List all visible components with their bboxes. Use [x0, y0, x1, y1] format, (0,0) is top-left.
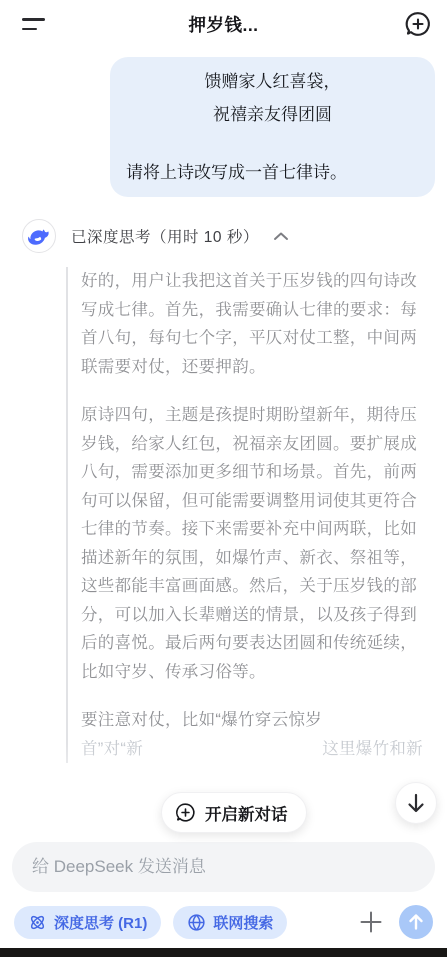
thinking-paragraph: 要注意对仗，比如“爆竹穿云惊岁 [81, 706, 423, 735]
atom-icon [28, 913, 47, 932]
thinking-block: 好的，用户让我把这首关于压岁钱的四句诗改写成七律。首先，我需要确认七律的要求：每… [66, 267, 423, 763]
user-poem-line: 祝禧亲友得团圆 [126, 98, 419, 131]
message-input[interactable] [12, 842, 435, 892]
thought-duration-label: 已深度思考（用时 10 秒） [71, 225, 259, 247]
user-request-text: 请将上诗改写成一首七律诗。 [126, 156, 419, 189]
app-screen: 押岁钱... 馈赠家人红喜袋， 祝禧亲友得团圆 请将上诗改写成一首七律诗。 已深… [0, 0, 447, 959]
thinking-paragraph: 原诗四句，主题是孩提时期盼望新年，期待压岁钱，给家人红包，祝福亲友团圆。要扩展成… [81, 401, 423, 686]
composer-toolbar: 深度思考 (R1) 联网搜索 [14, 905, 433, 939]
page-title: 押岁钱... [0, 12, 447, 37]
thought-header-row[interactable]: 已深度思考（用时 10 秒） [22, 219, 447, 253]
user-message-bubble: 馈赠家人红喜袋， 祝禧亲友得团圆 请将上诗改写成一首七律诗。 [110, 57, 435, 197]
scroll-to-bottom-button[interactable] [395, 782, 437, 824]
home-indicator-zone [0, 947, 447, 959]
web-search-toggle[interactable]: 联网搜索 [173, 906, 287, 939]
deep-think-toggle[interactable]: 深度思考 (R1) [14, 906, 161, 939]
composer: 深度思考 (R1) 联网搜索 [0, 838, 447, 947]
arrow-down-icon [406, 792, 426, 814]
thinking-faded-line: 首”对“新 这里爆竹和新 [81, 735, 423, 764]
deep-think-label: 深度思考 (R1) [54, 912, 147, 933]
globe-icon [187, 913, 206, 932]
arrow-up-icon [408, 913, 424, 931]
blank-line [126, 131, 419, 156]
attach-plus-icon[interactable] [357, 908, 385, 936]
menu-icon[interactable] [22, 12, 48, 36]
send-button[interactable] [399, 905, 433, 939]
chevron-up-icon[interactable] [273, 231, 289, 241]
new-chat-icon[interactable] [403, 9, 433, 39]
thinking-paragraph: 好的，用户让我把这首关于压岁钱的四句诗改写成七律。首先，我需要确认七律的要求：每… [81, 267, 423, 381]
deepseek-whale-icon [22, 219, 56, 253]
new-chat-bubble-plus-icon [174, 801, 197, 824]
home-indicator-bar [0, 948, 447, 957]
new-conversation-button[interactable]: 开启新对话 [161, 792, 307, 833]
web-search-label: 联网搜索 [213, 912, 273, 933]
faded-fragment-left: 首”对“新 [81, 735, 143, 764]
header: 押岁钱... [0, 0, 447, 48]
new-conversation-label: 开启新对话 [205, 801, 288, 825]
faded-fragment-right: 这里爆竹和新 [322, 735, 423, 764]
chat-area: 馈赠家人红喜袋， 祝禧亲友得团圆 请将上诗改写成一首七律诗。 已深度思考（用时 … [0, 48, 447, 838]
user-poem-line: 馈赠家人红喜袋， [126, 65, 419, 98]
